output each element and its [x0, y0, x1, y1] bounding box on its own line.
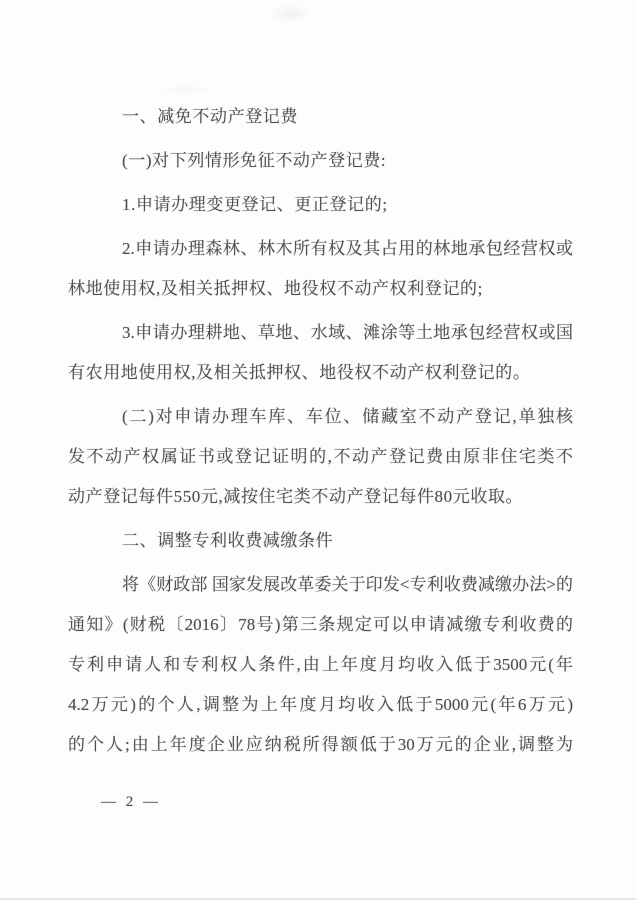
clause-1-1: (一)对下列情形免征不动产登记费: [68, 141, 573, 181]
document-body: 一、减免不动产登记费 (一)对下列情形免征不动产登记费: 1.申请办理变更登记、… [68, 97, 573, 765]
item-1-1-2-line-2: 林地使用权,及相关抵押权、地役权不动产权利登记的; [68, 269, 573, 309]
scan-smudge [268, 4, 312, 24]
para-2-1-line-3: 专利申请人和专利权人条件,由上年度月均收入低于3500元(年 [68, 645, 573, 685]
clause-1-2-line-3: 动产登记每件550元,减按住宅类不动产登记每件80元收取。 [68, 477, 573, 517]
clause-1-2-line-2: 发不动产权属证书或登记证明的,不动产登记费由原非住宅类不 [68, 437, 573, 477]
para-2-1-line-2: 通知》(财税〔2016〕78号)第三条规定可以申请减缴专利收费的 [68, 605, 573, 645]
clause-1-2-line-1: (二)对申请办理车库、车位、储藏室不动产登记,单独核 [68, 397, 573, 437]
item-1-1-2-line-1: 2.申请办理森林、林木所有权及其占用的林地承包经营权或 [68, 229, 573, 269]
para-2-1-line-5: 的个人;由上年度企业应纳税所得额低于30万元的企业,调整为 [68, 725, 573, 765]
item-1-1-1: 1.申请办理变更登记、更正登记的; [68, 185, 573, 225]
para-2-1-line-1: 将《财政部 国家发展改革委关于印发<专利收费减缴办法>的 [68, 565, 573, 605]
page-number: — 2 — [101, 789, 161, 815]
section-heading-2: 二、调整专利收费减缴条件 [68, 521, 573, 561]
section-heading-1: 一、减免不动产登记费 [68, 97, 573, 137]
item-1-1-3-line-1: 3.申请办理耕地、草地、水域、滩涂等土地承包经营权或国 [68, 313, 573, 353]
item-1-1-3-line-2: 有农用地使用权,及相关抵押权、地役权不动产权利登记的。 [68, 353, 573, 393]
document-page: 一、减免不动产登记费 (一)对下列情形免征不动产登记费: 1.申请办理变更登记、… [0, 0, 636, 900]
scan-smudge [155, 85, 215, 95]
para-2-1-line-4: 4.2万元)的个人,调整为上年度月均收入低于5000元(年6万元) [68, 685, 573, 725]
